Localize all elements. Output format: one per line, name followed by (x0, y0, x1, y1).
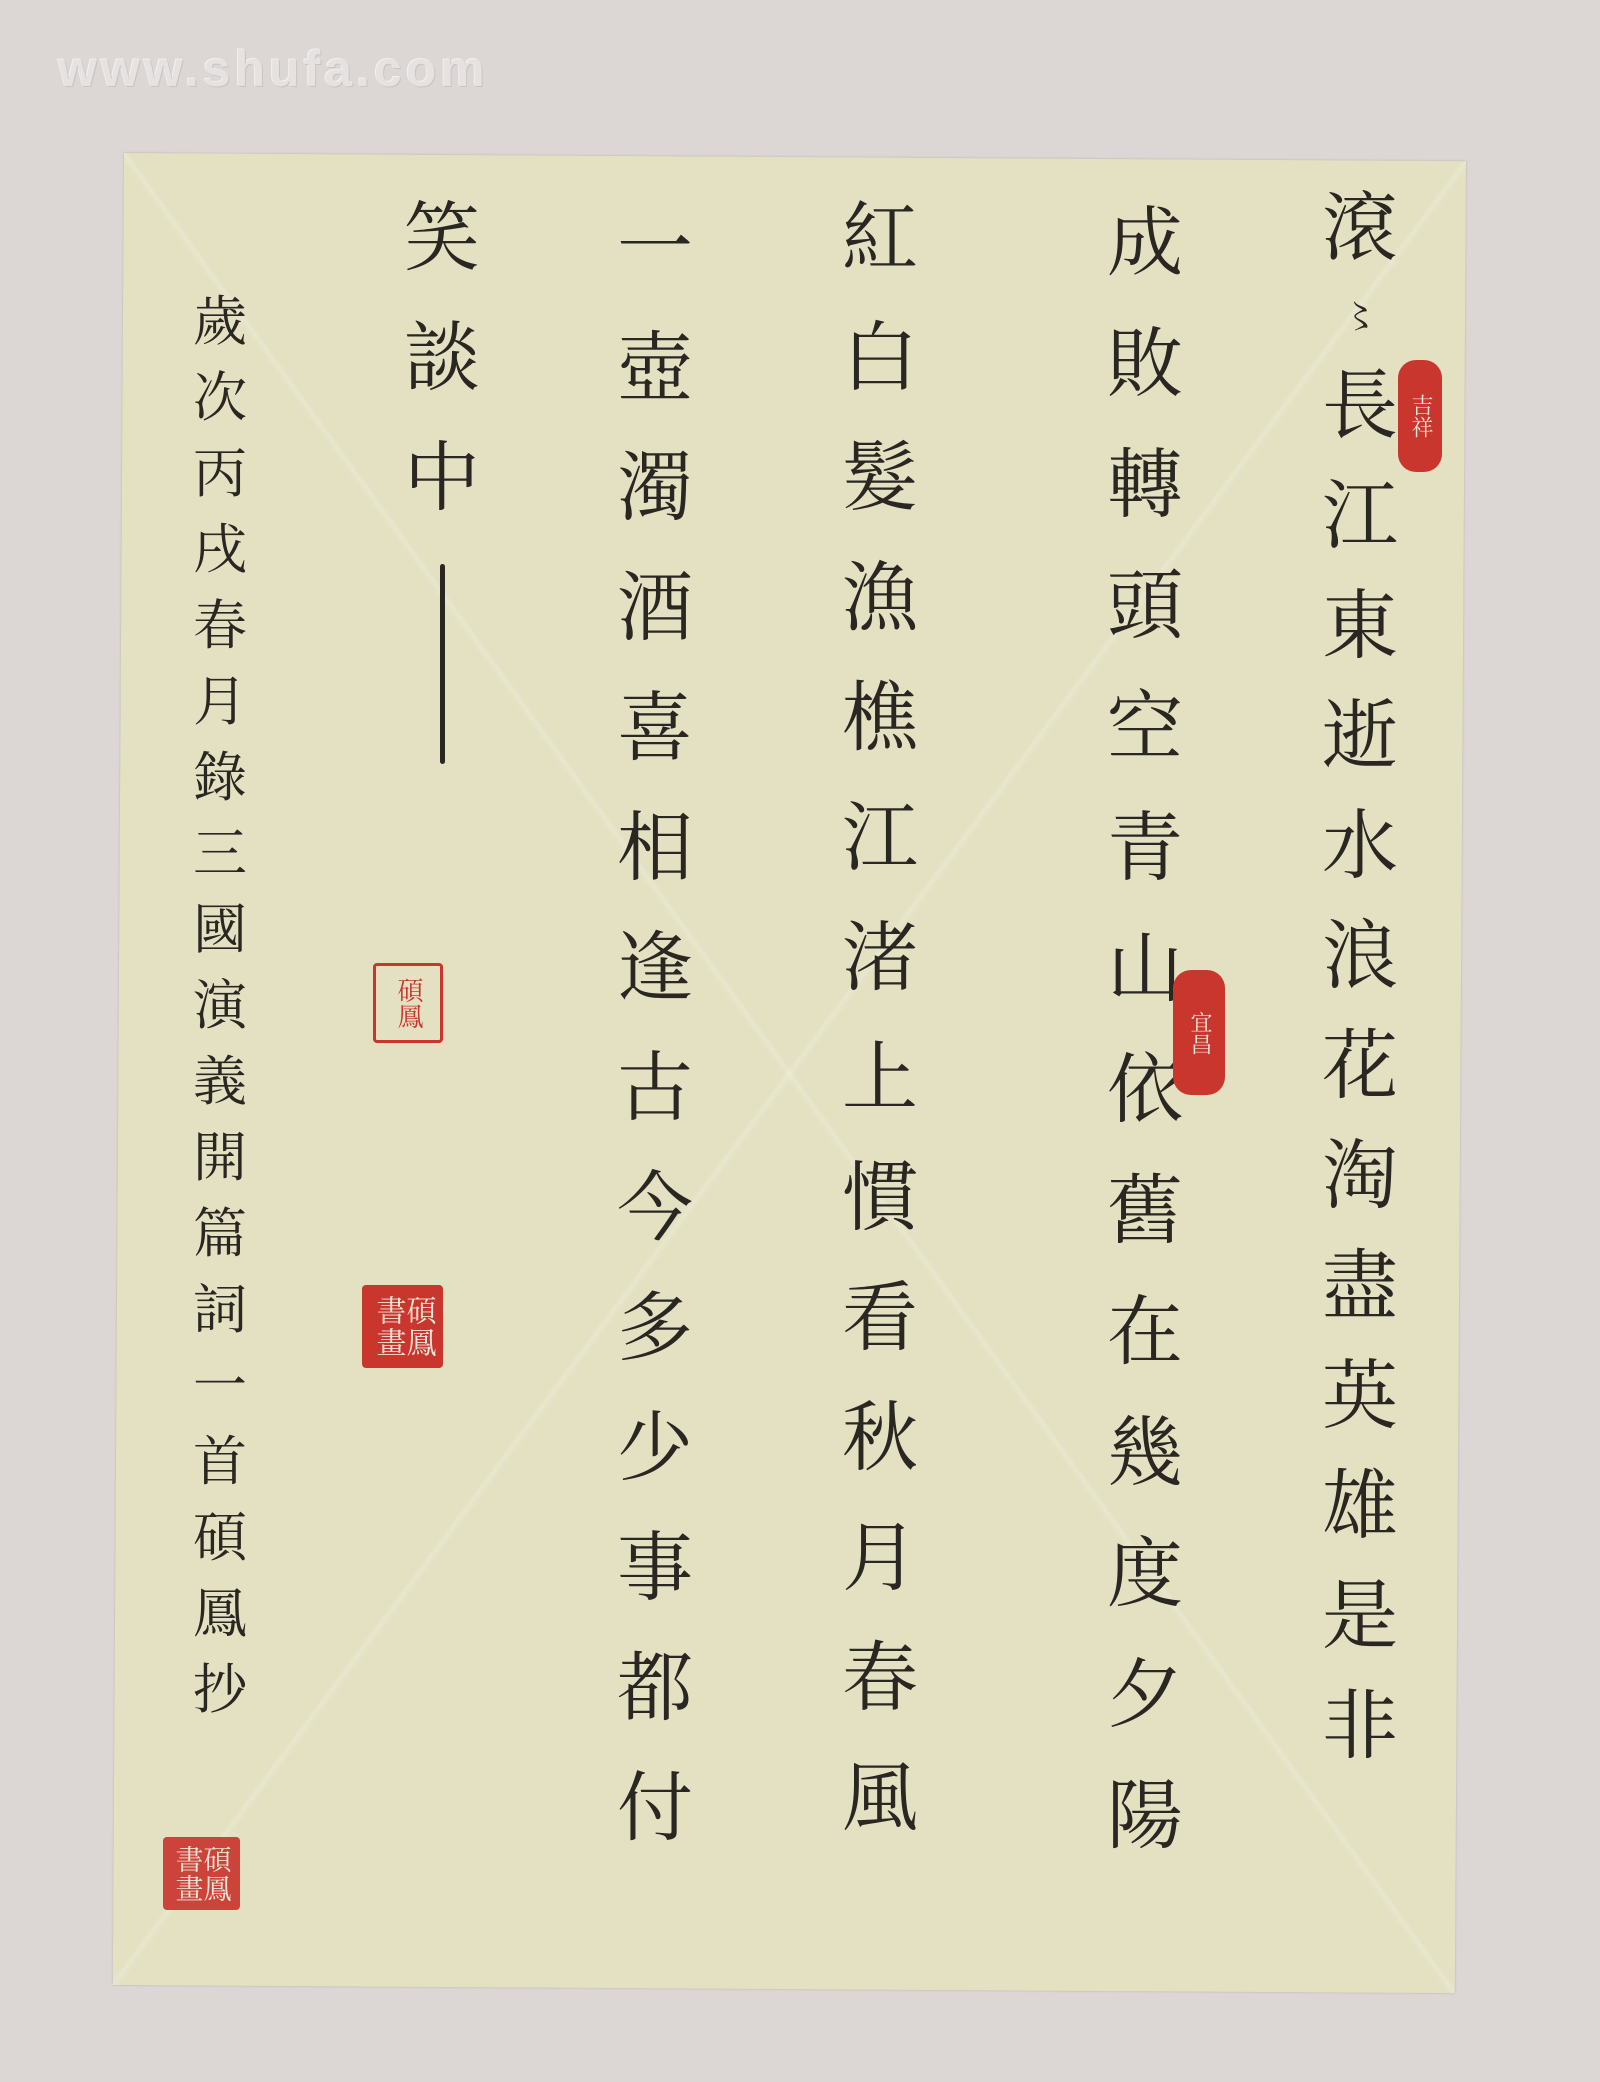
poem-char: 少 (617, 1410, 693, 1486)
inscription-char: 一 (193, 1359, 247, 1413)
poem-char: 逝 (1322, 698, 1398, 774)
poem-char: 江 (842, 800, 918, 876)
inscription-char: 錄 (193, 751, 247, 805)
poem-char: 盡 (1322, 1248, 1398, 1324)
poem-char: 是 (1322, 1578, 1398, 1654)
paper-fold-line (113, 153, 1466, 1993)
poem-char: 看 (842, 1280, 918, 1356)
poem-char: 談 (404, 320, 480, 396)
poem-char: 空 (1107, 689, 1183, 765)
inscription-char: 國 (193, 903, 247, 957)
inscription-char: 篇 (193, 1207, 247, 1261)
inscription-char: 義 (193, 1055, 247, 1109)
poem-char: 風 (842, 1760, 918, 1836)
poem-char: 敗 (1107, 326, 1183, 402)
poem-char: 多 (617, 1290, 693, 1366)
calligraphy-paper (113, 153, 1466, 1993)
poem-char: 舊 (1107, 1173, 1183, 1249)
inscription-char: 碩 (193, 1511, 247, 1565)
repeat-mark: 〻 (1343, 300, 1377, 334)
inscription-char: 丙 (193, 447, 247, 501)
poem-char: 付 (617, 1770, 693, 1846)
poem-char: 山 (1107, 931, 1183, 1007)
poem-char: 江 (1322, 478, 1398, 554)
poem-char: 壺 (617, 330, 693, 406)
poem-char: 喜 (617, 690, 693, 766)
poem-char: 渚 (842, 920, 918, 996)
watermark-text: www.shufa.com (58, 40, 489, 98)
poem-char: 相 (617, 810, 693, 886)
poem-char: 古 (617, 1050, 693, 1126)
poem-char: 今 (617, 1170, 693, 1246)
poem-column-3: 紅 白 髮 漁 樵 江 渚 上 慣 看 秋 月 春 風 (830, 200, 930, 1836)
poem-char: 慣 (842, 1160, 918, 1236)
poem-column-5: 笑 談 中 (392, 200, 492, 764)
inscription-char: 演 (193, 979, 247, 1033)
poem-char: 頭 (1107, 568, 1183, 644)
inscription-char: 戌 (193, 523, 247, 577)
poem-column-4: 一 壺 濁 酒 喜 相 逢 古 今 多 少 事 都 付 (605, 210, 705, 1846)
inscription-char: 月 (193, 675, 247, 729)
inscription-char: 春 (193, 599, 247, 653)
poem-char: 月 (842, 1520, 918, 1596)
poem-char: 髮 (842, 440, 918, 516)
poem-char: 滾 (1322, 190, 1398, 266)
inscription-char: 首 (193, 1435, 247, 1489)
poem-char: 依 (1107, 1052, 1183, 1128)
poem-char: 酒 (617, 570, 693, 646)
poem-char: 轉 (1107, 447, 1183, 523)
inscription-char: 抄 (193, 1663, 247, 1717)
poem-char: 在 (1107, 1294, 1183, 1370)
poem-char: 秋 (842, 1400, 918, 1476)
poem-char: 樵 (842, 680, 918, 756)
poem-char: 夕 (1107, 1657, 1183, 1733)
paper-fold-line (113, 153, 1466, 1993)
inscription-char: 開 (193, 1131, 247, 1185)
poem-char: 度 (1107, 1536, 1183, 1612)
poem-char: 上 (842, 1040, 918, 1116)
inscription-char: 詞 (193, 1283, 247, 1337)
bottom-left-seal: 碩鳳書畫 (163, 1837, 240, 1910)
poem-char: 東 (1322, 588, 1398, 664)
poem-char: 白 (842, 320, 918, 396)
poem-char: 一 (617, 210, 693, 286)
poem-column-1: 滾 〻 長 江 東 逝 水 浪 花 淘 盡 英 雄 是 非 (1310, 190, 1410, 1764)
inscription-column: 歲 次 丙 戌 春 月 錄 三 國 演 義 開 篇 詞 一 首 碩 鳳 抄 (180, 295, 260, 1717)
middle-seal: 宜昌 (1173, 970, 1225, 1095)
poem-char: 中 (404, 440, 480, 516)
poem-char: 長 (1322, 368, 1398, 444)
poem-char: 都 (617, 1650, 693, 1726)
poem-char: 成 (1107, 205, 1183, 281)
brush-tail-stroke (440, 564, 445, 764)
top-right-seal: 吉祥 (1398, 360, 1442, 472)
poem-char: 笑 (404, 200, 480, 276)
inscription-char: 歲 (193, 295, 247, 349)
left-seal-lower: 碩鳳書畫 (362, 1285, 443, 1368)
poem-char: 紅 (842, 200, 918, 276)
poem-char: 英 (1322, 1358, 1398, 1434)
poem-char: 幾 (1107, 1415, 1183, 1491)
poem-char: 花 (1322, 1028, 1398, 1104)
poem-char: 事 (617, 1530, 693, 1606)
inscription-char: 鳳 (193, 1587, 247, 1641)
poem-char: 春 (842, 1640, 918, 1716)
poem-char: 濁 (617, 450, 693, 526)
poem-char: 逢 (617, 930, 693, 1006)
poem-char: 淘 (1322, 1138, 1398, 1214)
inscription-char: 次 (193, 371, 247, 425)
inscription-char: 三 (193, 827, 247, 881)
poem-char: 雄 (1322, 1468, 1398, 1544)
poem-char: 非 (1322, 1688, 1398, 1764)
poem-char: 青 (1107, 810, 1183, 886)
poem-char: 漁 (842, 560, 918, 636)
poem-char: 陽 (1107, 1778, 1183, 1854)
left-seal-upper: 碩鳳 (373, 963, 443, 1043)
poem-char: 浪 (1322, 918, 1398, 994)
poem-char: 水 (1322, 808, 1398, 884)
